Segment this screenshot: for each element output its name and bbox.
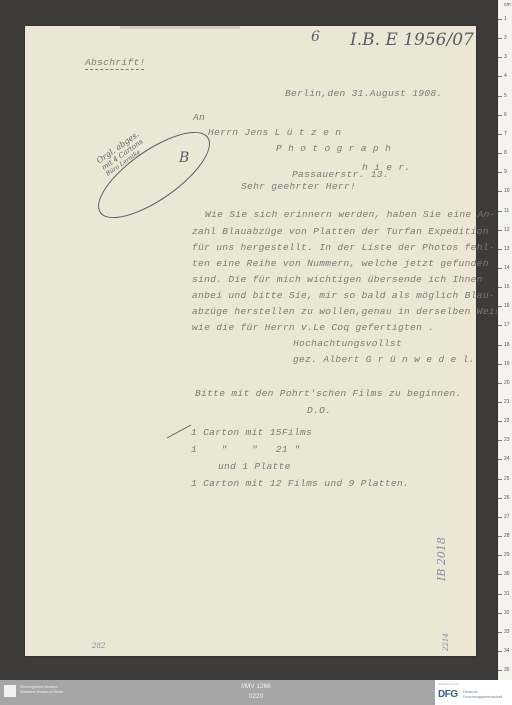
ruler-tick xyxy=(498,555,502,556)
ruler-tick xyxy=(498,153,502,154)
ruler-tick xyxy=(498,249,502,250)
ruler-label: 5 xyxy=(504,93,507,99)
enclosure-item: 1 Carton mit 15Films xyxy=(191,427,312,438)
ruler-label: 34 xyxy=(504,648,510,654)
enclosure-item: 1 " " 21 " xyxy=(191,444,300,455)
ruler-label: 24 xyxy=(504,456,510,462)
postscript-mark: D.O. xyxy=(307,405,331,416)
ruler-tick xyxy=(498,594,502,595)
dfg-logo: Gefördert durch DFG Deutsche Forschungsg… xyxy=(435,680,512,705)
ruler-tick xyxy=(498,325,502,326)
ruler-label: 6 xyxy=(504,112,507,118)
ruler-label: 3 xyxy=(504,54,507,60)
ruler-tick xyxy=(498,517,502,518)
ruler-tick xyxy=(498,574,502,575)
enclosure-item: und 1 Platte xyxy=(218,461,291,472)
ruler-label: 15 xyxy=(504,284,510,290)
ruler-label: 14 xyxy=(504,265,510,271)
ruler-label: 30 xyxy=(504,571,510,577)
dfg-mark-icon: DFG xyxy=(438,689,458,700)
ruler-tick xyxy=(498,459,502,460)
handwritten-page-number: 6 xyxy=(311,29,320,45)
ruler-label: 21 xyxy=(504,399,510,405)
ruler-label: 17 xyxy=(504,322,510,328)
ruler-unit: cm xyxy=(504,2,511,8)
cm-ruler: cm 1234567891011121314151617181920212223… xyxy=(497,0,512,680)
enclosure-item: 1 Carton mit 12 Films und 9 Platten. xyxy=(191,478,409,489)
signature: gez. Albert G r ü n w e d e l. xyxy=(293,354,475,365)
side-number-small: 2214 xyxy=(442,633,450,651)
ruler-tick xyxy=(498,287,502,288)
ruler-tick xyxy=(498,670,502,671)
body-line: zahl Blauabzüge von Platten der Turfan E… xyxy=(192,226,489,237)
body-line: ten eine Reihe von Nummern, welche jetzt… xyxy=(192,258,489,269)
recipient-street: Passauerstr. 13. xyxy=(292,169,389,180)
ruler-label: 31 xyxy=(504,591,510,597)
ruler-label: 26 xyxy=(504,495,510,501)
ruler-tick xyxy=(498,211,502,212)
recipient-prefix: An xyxy=(193,112,205,123)
ruler-tick xyxy=(498,191,502,192)
ruler-tick xyxy=(498,19,502,20)
ruler-tick xyxy=(498,440,502,441)
ruler-label: 20 xyxy=(504,380,510,386)
place-date: Berlin,den 31.August 1908. xyxy=(285,88,443,99)
ruler-label: 16 xyxy=(504,303,510,309)
ruler-tick xyxy=(498,345,502,346)
ruler-label: 35 xyxy=(504,667,510,673)
ruler-label: 8 xyxy=(504,150,507,156)
ruler-label: 32 xyxy=(504,610,510,616)
ruler-tick xyxy=(498,651,502,652)
recipient-profession: P h o t o g r a p h xyxy=(276,143,391,154)
recipient-name: Herrn Jens L ü t z e n xyxy=(208,127,341,138)
salutation: Sehr geehrter Herr! xyxy=(241,181,356,192)
ruler-tick xyxy=(498,421,502,422)
copy-mark-underline xyxy=(85,69,144,70)
ruler-tick xyxy=(498,115,502,116)
ruler-tick xyxy=(498,38,502,39)
body-line: sind. Die für mich wichtigen übersende i… xyxy=(192,274,483,285)
ruler-label: 19 xyxy=(504,361,510,367)
ruler-label: 28 xyxy=(504,533,510,539)
ruler-tick xyxy=(498,57,502,58)
ruler-tick xyxy=(498,96,502,97)
ruler-label: 2 xyxy=(504,35,507,41)
side-number-vertical: IB 2018 xyxy=(435,537,448,581)
bottom-number: 282 xyxy=(92,642,105,650)
arrow-mark-icon xyxy=(165,421,195,441)
ruler-label: 13 xyxy=(504,246,510,252)
closing: Hochachtungsvollst xyxy=(293,338,402,349)
ruler-label: 9 xyxy=(504,169,507,175)
body-line: abzüge herstellen zu wollen,genau in der… xyxy=(192,306,507,317)
ruler-label: 22 xyxy=(504,418,510,424)
ruler-label: 23 xyxy=(504,437,510,443)
postscript: Bitte mit den Pohrt'schen Films zu begin… xyxy=(195,388,462,399)
body-line: wie die für Herrn v.Le Coq gefertigten . xyxy=(192,322,434,333)
ruler-tick xyxy=(498,76,502,77)
ruler-tick xyxy=(498,306,502,307)
ruler-tick xyxy=(498,498,502,499)
ruler-tick xyxy=(498,402,502,403)
ruler-tick xyxy=(498,383,502,384)
ruler-label: 18 xyxy=(504,342,510,348)
ruler-label: 29 xyxy=(504,552,510,558)
ruler-tick xyxy=(498,134,502,135)
ruler-tick xyxy=(498,613,502,614)
ruler-label: 11 xyxy=(504,208,509,214)
body-line: anbei und bitte Sie, mir so bald als mög… xyxy=(192,290,495,301)
ruler-tick xyxy=(498,632,502,633)
ruler-label: 33 xyxy=(504,629,510,635)
ruler-tick xyxy=(498,536,502,537)
copy-mark: Abschrift! xyxy=(85,57,146,68)
ruler-tick xyxy=(498,230,502,231)
margin-initial: B xyxy=(179,150,189,166)
ruler-label: 12 xyxy=(504,227,510,233)
ruler-label: 25 xyxy=(504,476,510,482)
ruler-label: 4 xyxy=(504,73,507,79)
body-line: für uns hergestellt. In der Liste der Ph… xyxy=(192,242,495,253)
ruler-tick xyxy=(498,479,502,480)
ruler-label: 7 xyxy=(504,131,507,137)
ruler-label: 1 xyxy=(504,16,507,22)
ruler-tick xyxy=(498,172,502,173)
ruler-label: 27 xyxy=(504,514,510,520)
ruler-label: 10 xyxy=(504,188,510,194)
ruler-tick xyxy=(498,364,502,365)
document-page: Abschrift! 6 I.B. E 1956/07 Berlin,den 3… xyxy=(25,26,476,656)
body-line: Wie Sie sich erinnern werden, haben Sie … xyxy=(205,209,496,220)
ruler-tick xyxy=(498,268,502,269)
handwritten-archive-number: I.B. E 1956/07 xyxy=(350,30,474,50)
